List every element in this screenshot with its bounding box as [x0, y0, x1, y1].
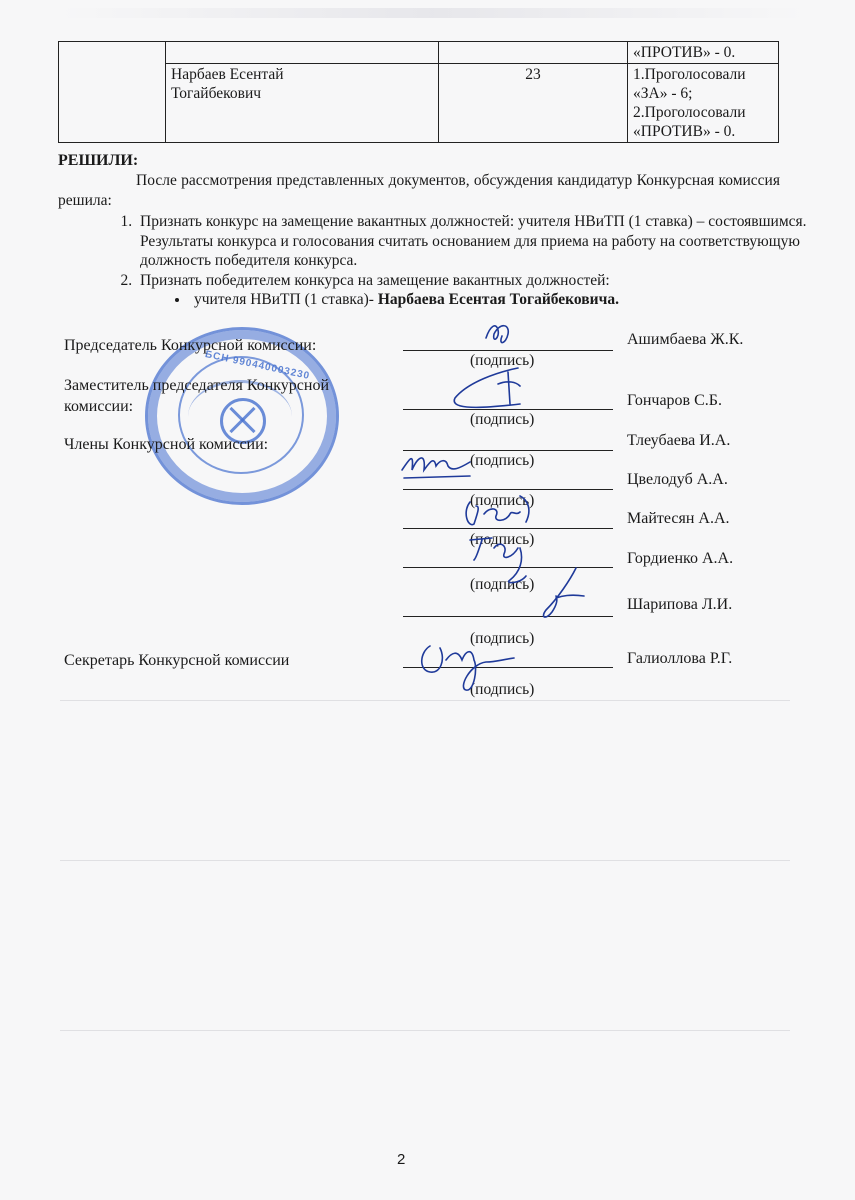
signature-gordienko-icon	[470, 538, 526, 583]
signature-deputy-icon	[454, 368, 520, 407]
signature-maytesyan-icon	[466, 496, 529, 525]
signature-secretary-icon	[422, 646, 514, 690]
signature-tsvelodub-icon	[402, 458, 470, 478]
page-number: 2	[397, 1151, 405, 1168]
document-page: «ПРОТИВ» - 0. Нарбаев Есентай Тогайбеков…	[0, 0, 855, 1200]
signature-sharipova-icon	[544, 568, 584, 617]
signature-chair-icon	[486, 326, 508, 343]
handwritten-signatures	[0, 0, 855, 1200]
